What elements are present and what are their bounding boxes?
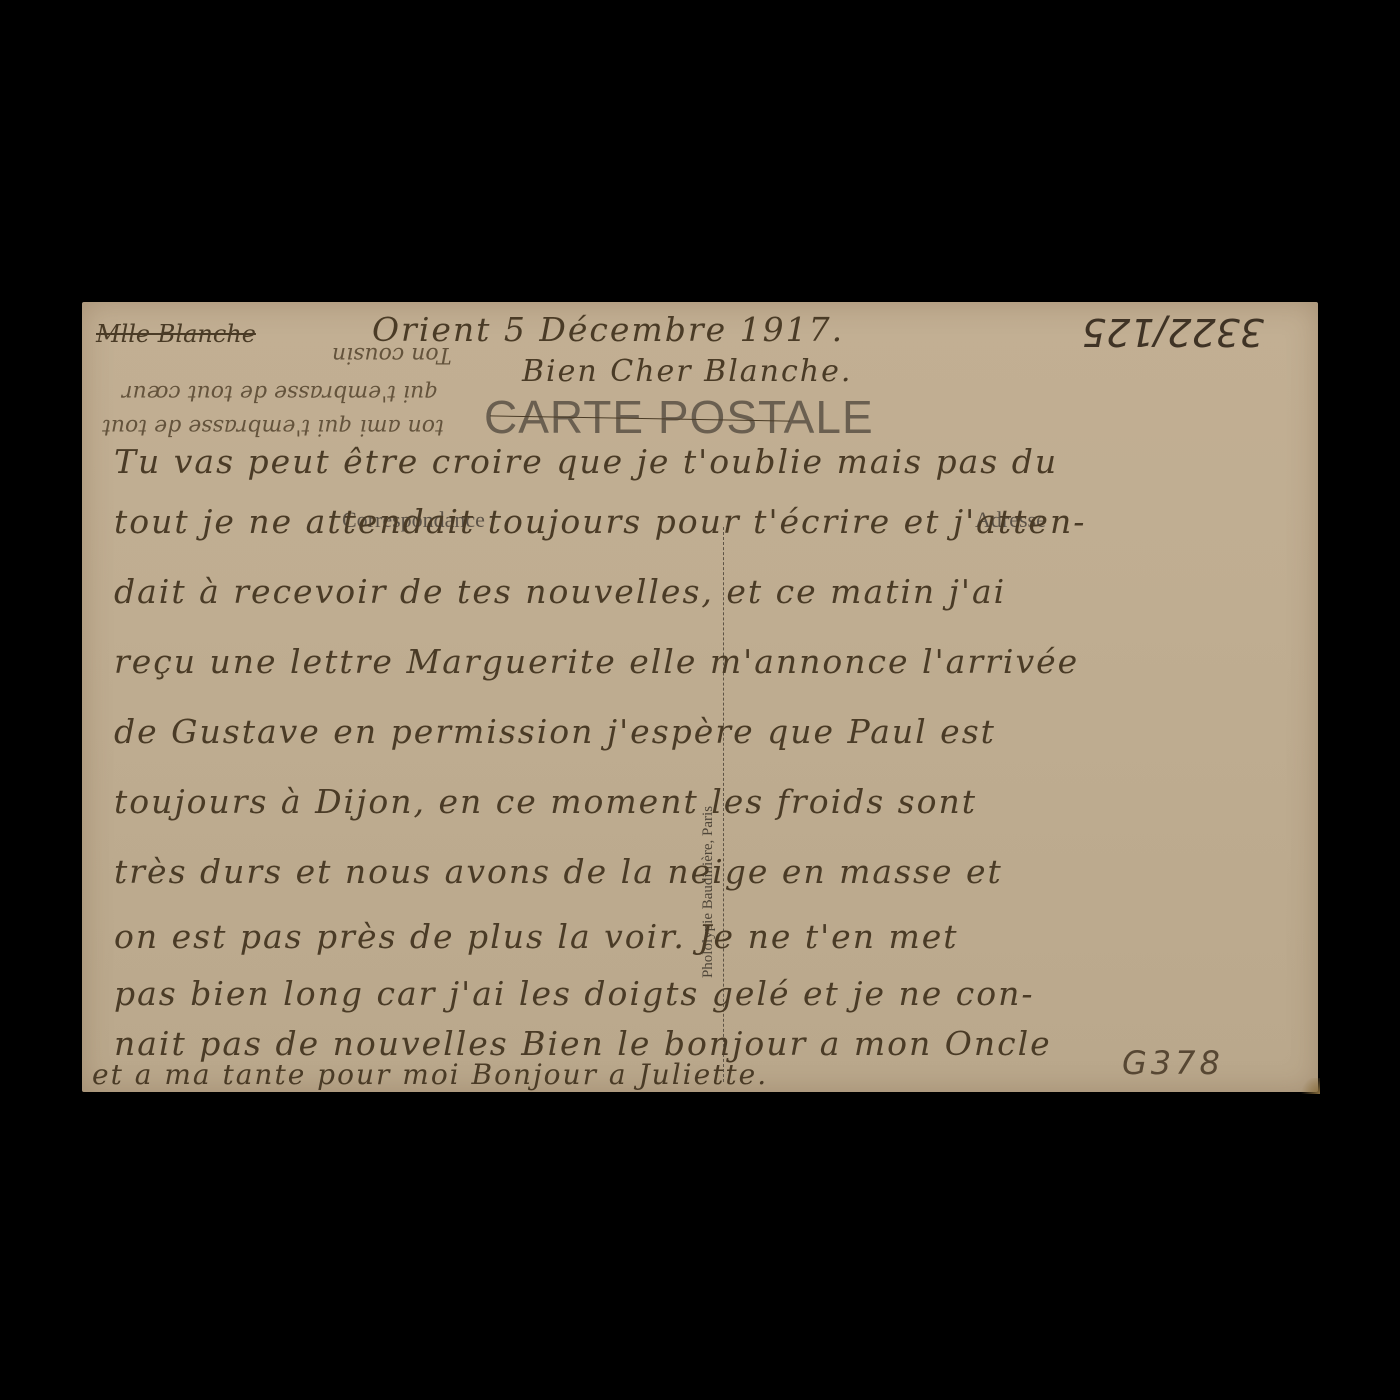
reference-number: G378 bbox=[1122, 1044, 1224, 1082]
letter-salutation: Bien Cher Blanche. bbox=[522, 354, 852, 389]
postcard-back: Mlle Blanche Ton cousin qui t'embrasse d… bbox=[82, 302, 1318, 1092]
letter-line: de Gustave en permission j'espère que Pa… bbox=[114, 712, 996, 751]
letter-line: et a ma tante pour moi Bonjour a Juliett… bbox=[92, 1058, 768, 1091]
archive-number: 3322/125 bbox=[1082, 310, 1264, 354]
letter-line: reçu une lettre Marguerite elle m'annonc… bbox=[114, 642, 1079, 681]
letter-line: tout je ne attendait toujours pour t'écr… bbox=[114, 502, 1086, 541]
letter-line: très durs et nous avons de la neige en m… bbox=[114, 852, 1003, 891]
upside-down-text-line: qui t'embrasse de tout cœur bbox=[122, 380, 438, 405]
letter-line: dait à recevoir de tes nouvelles, et ce … bbox=[114, 572, 1006, 611]
letter-header-date: Orient 5 Décembre 1917. bbox=[372, 310, 844, 349]
letter-line: Tu vas peut être croire que je t'oublie … bbox=[114, 442, 1058, 481]
upside-down-text-line: ton ami qui t'embrasse de tout bbox=[102, 414, 444, 439]
crossed-out-text: Mlle Blanche bbox=[96, 320, 256, 348]
letter-line: on est pas près de plus la voir. Je ne t… bbox=[114, 917, 959, 956]
letter-line: toujours à Dijon, en ce moment les froid… bbox=[114, 782, 977, 821]
letter-line: pas bien long car j'ai les doigts gelé e… bbox=[114, 974, 1035, 1013]
